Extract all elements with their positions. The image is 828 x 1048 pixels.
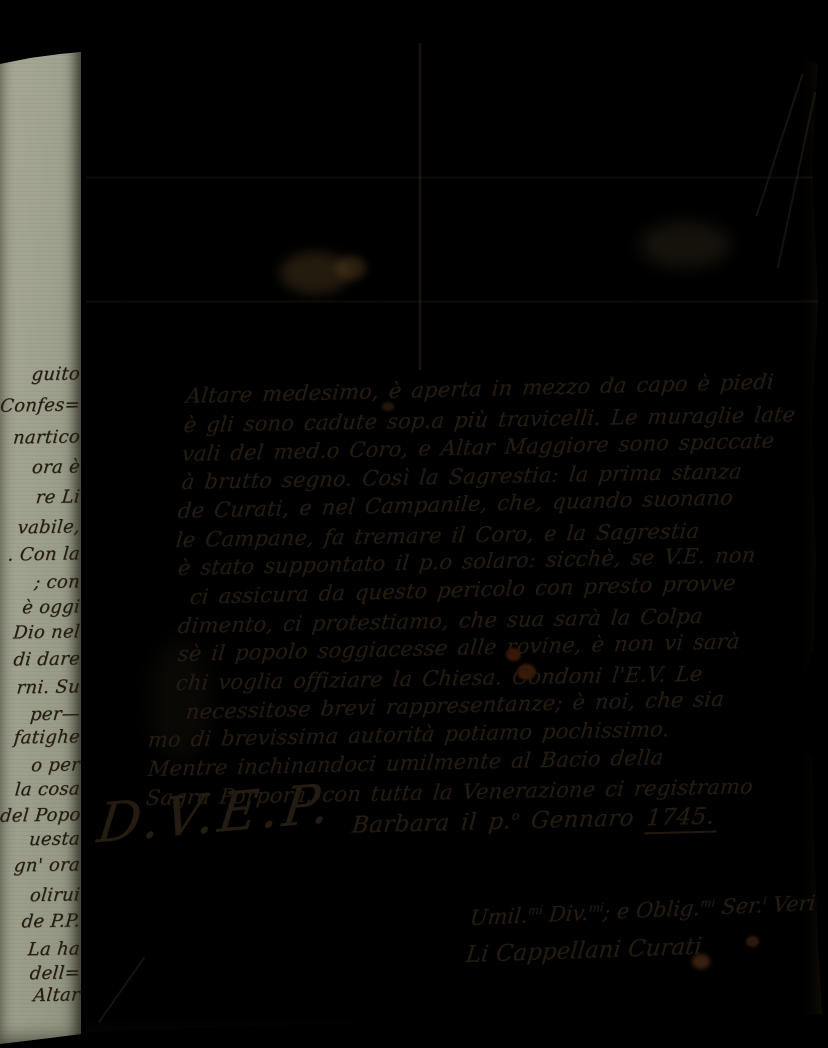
left-fragment: La ha xyxy=(0,939,84,960)
left-fragment: la cosa xyxy=(0,779,84,800)
sig-part: Ser. xyxy=(714,893,764,919)
left-fragment: del Popo= xyxy=(0,805,84,826)
left-fragment: per— xyxy=(0,704,84,725)
sig-part: Div. xyxy=(541,901,590,927)
left-fragment: de P.P. xyxy=(0,911,84,932)
sig-part: Umil. xyxy=(469,903,529,930)
stain xyxy=(746,936,759,947)
left-fragment: fatighe xyxy=(0,727,84,748)
left-fragment: Altar xyxy=(0,985,84,1006)
left-fragment: guito xyxy=(0,364,84,385)
sig-part: ; e Oblig. xyxy=(602,896,701,924)
left-fragment: olirui xyxy=(0,885,84,906)
left-fragment: dell= xyxy=(0,963,84,984)
horizontal-crease xyxy=(86,300,828,303)
left-fragment: gn' ora xyxy=(0,855,84,876)
stain xyxy=(640,222,730,268)
vertical-crease xyxy=(418,40,422,370)
left-fragment: nartico xyxy=(0,427,84,448)
left-fragment: re Li xyxy=(0,487,84,508)
horizontal-crease xyxy=(86,176,828,179)
sig-sup: mi xyxy=(700,895,716,910)
left-fragment: è oggi xyxy=(0,597,84,618)
left-fragment: uesta xyxy=(0,829,84,850)
dateline-place: Barbara il p. xyxy=(351,808,513,838)
left-fragment: vabile, xyxy=(0,517,84,538)
dateline-year: 1745. xyxy=(644,803,719,834)
left-fragment: Confes= xyxy=(0,395,84,416)
left-fragment: ; con xyxy=(0,572,84,593)
left-fragment: . Con la xyxy=(0,544,84,565)
left-fragment: rni. Su xyxy=(0,677,84,698)
letter-page: Altare medesimo, è aperta in mezzo da ca… xyxy=(0,0,828,1048)
sig-part: Veri xyxy=(765,891,816,917)
left-fragment: o per xyxy=(0,755,84,776)
left-fragment: ora è xyxy=(0,457,84,478)
manuscript-photo: guito Confes= nartico ora è re Li vabile… xyxy=(0,0,828,1048)
left-fragment: Dio nel xyxy=(0,622,84,643)
stain xyxy=(336,256,366,280)
left-page-strip: guito Confes= nartico ora è re Li vabile… xyxy=(0,0,84,1048)
left-fragment: di dare xyxy=(0,649,84,670)
dateline-month: Gennaro xyxy=(518,805,647,834)
